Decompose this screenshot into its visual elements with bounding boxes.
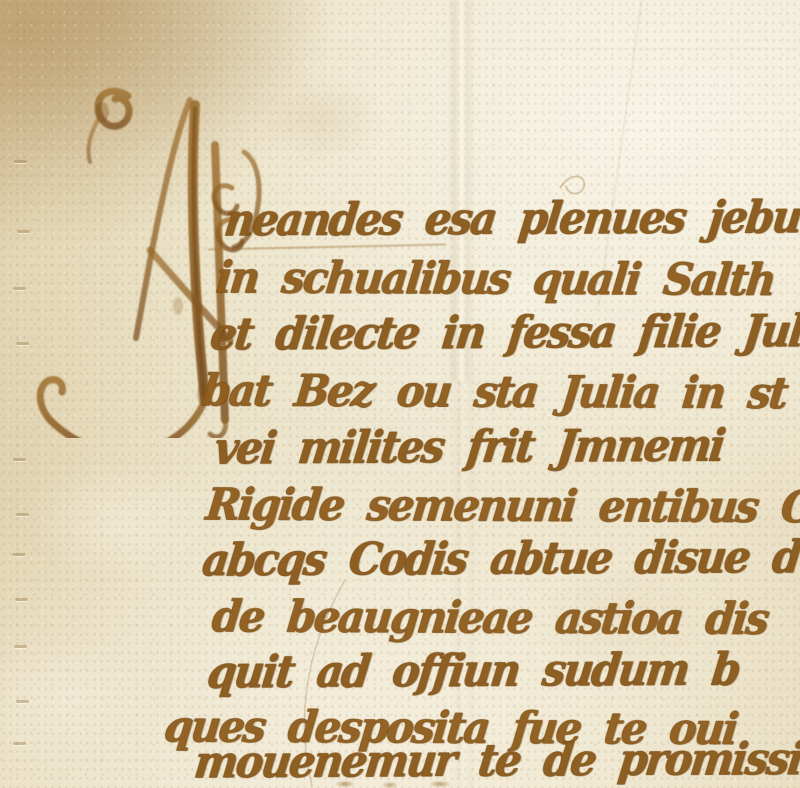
script-line: vei milites frit Jmnemi xyxy=(212,424,726,471)
script-line: quit ad offiun sudum b xyxy=(205,648,741,695)
script-line: Rigide semenuni entibus Co xyxy=(204,483,800,530)
parchment-page: neandes esa plenues jebune in schualibus… xyxy=(0,0,800,788)
script-line: de beaugnieae astioa dis xyxy=(210,595,770,641)
manuscript-text-block: neandes esa plenues jebune in schualibus… xyxy=(0,0,800,788)
clipped-next-line-hint xyxy=(330,779,480,788)
script-line: abcqs Codis abtue disue d xyxy=(200,535,800,583)
script-line: mouenemur te de promissi xyxy=(192,737,800,785)
script-line: neandes esa plenues jebune xyxy=(222,195,800,243)
script-line: in schualibus quali Salth xyxy=(214,256,777,302)
script-line: bat Bez ou sta Julia in st xyxy=(200,369,789,416)
script-line: et dilecte in fessa filie Jul xyxy=(208,309,800,357)
